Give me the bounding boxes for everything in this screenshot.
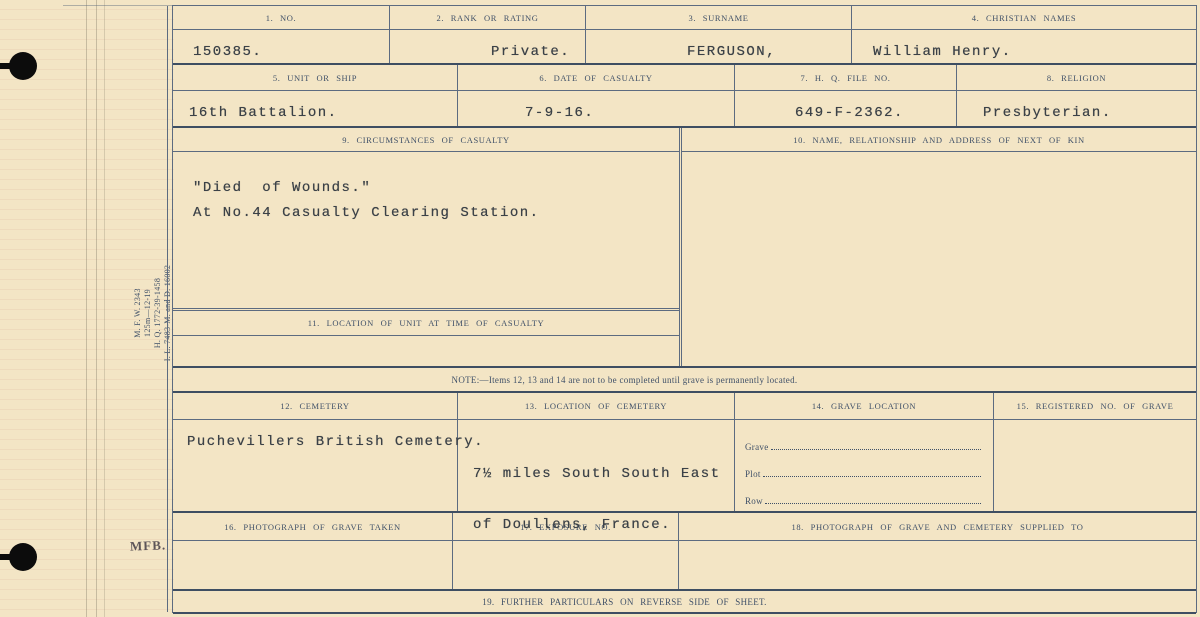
- field-18-photo-supplied-cell: [678, 541, 1196, 589]
- field-6-date-value: 7-9-16.: [525, 105, 594, 121]
- field-3-surname-header: 3. Surname: [585, 6, 851, 29]
- form-code-line: 125m—12-19: [143, 251, 153, 375]
- field-16-photo-taken-cell: [173, 541, 452, 589]
- form-code-vertical-text: M. F. W. 2343 125m—12-19 H. Q. 1772-39-1…: [133, 251, 175, 375]
- field-6-date-label: 6. Date of Casualty: [539, 73, 652, 83]
- field-10-next-of-kin-box: 10. Name, Relationship and Address of Ne…: [679, 128, 1196, 366]
- field-5-unit-value: 16th Battalion.: [189, 105, 338, 121]
- header-row-4: 12. Cemetery 13. Location of Cemetery 14…: [173, 393, 1196, 420]
- field-4-christian-names-header: 4. Christian Names: [851, 6, 1196, 29]
- field-11-unit-location-label: 11. Location of Unit at Time of Casualty: [308, 318, 545, 328]
- field-9-circumstances-label: 9. Circumstances of Casualty: [342, 135, 510, 145]
- field-15-registered-no-header: 15. Registered No. of Grave: [993, 393, 1196, 419]
- field-7-hq-file-value: 649-F-2362.: [795, 105, 904, 121]
- note-band: NOTE:—Items 12, 13 and 14 are not to be …: [173, 368, 1196, 393]
- field-12-cemetery-header: 12. Cemetery: [173, 393, 457, 419]
- field-16-photo-taken-header: 16. Photograph of Grave Taken: [173, 513, 452, 540]
- row-circumstances-nok: 9. Circumstances of Casualty 11. Locatio…: [173, 128, 1196, 368]
- plot-dotted-leader: [763, 476, 981, 477]
- hole-punch-top: [9, 52, 37, 80]
- row-line: Row: [745, 492, 981, 506]
- field-9-circumstances-value-line1: "Died of Wounds.": [193, 180, 371, 196]
- field-1-no-label: 1. No.: [266, 13, 297, 23]
- field-8-religion-value: Presbyterian.: [983, 105, 1112, 121]
- field-12-cemetery-label: 12. Cemetery: [280, 401, 349, 411]
- field-7-hq-file-label: 7. H. Q. File No.: [801, 73, 891, 83]
- field-10-next-of-kin-label: 10. Name, Relationship and Address of Ne…: [793, 135, 1084, 145]
- field-15-registered-no-label: 15. Registered No. of Grave: [1017, 401, 1174, 411]
- field-12-cemetery-value: Puchevillers British Cemetery.: [187, 434, 484, 450]
- page-edge-rule-line: [96, 0, 97, 617]
- card-top-edge-line: [63, 5, 173, 6]
- field-8-religion-label: 8. Religion: [1047, 73, 1106, 83]
- form-code-line: H. Q. 1772-39-1458: [153, 251, 163, 375]
- field-7-hq-file-header: 7. H. Q. File No.: [734, 65, 956, 90]
- field-18-photo-supplied-label: 18. Photograph of Grave and Cemetery Sup…: [791, 522, 1083, 532]
- value-row-1: [173, 30, 1196, 65]
- field-4-christian-names-label: 4. Christian Names: [972, 13, 1077, 23]
- field-5-unit-label: 5. Unit or Ship: [273, 73, 357, 83]
- header-row-1: 1. No. 2. Rank or Rating 3. Surname 4. C…: [173, 6, 1196, 30]
- plot-line: Plot: [745, 465, 981, 479]
- field-2-rank-header: 2. Rank or Rating: [389, 6, 585, 29]
- field-18-photo-supplied-header: 18. Photograph of Grave and Cemetery Sup…: [678, 513, 1196, 540]
- row-label: Row: [745, 496, 763, 506]
- form-code-line: M. F. W. 2343: [133, 251, 143, 375]
- footer-further-particulars: 19. Further Particulars on Reverse Side …: [482, 597, 886, 607]
- field-9-circumstances-box: 9. Circumstances of Casualty 11. Locatio…: [173, 128, 679, 366]
- field-2-rank-value: Private.: [491, 44, 570, 60]
- field-6-date-header: 6. Date of Casualty: [457, 65, 734, 90]
- field-13-cemetery-location-line1: 7½ miles South South East: [473, 466, 721, 483]
- field-10-next-of-kin-header: 10. Name, Relationship and Address of Ne…: [682, 128, 1196, 152]
- field-14-grave-location-header: 14. Grave Location: [734, 393, 993, 419]
- field-3-surname-label: 3. Surname: [688, 13, 748, 23]
- field-13-cemetery-location-header: 13. Location of Cemetery: [457, 393, 734, 419]
- grave-label: Grave: [745, 442, 769, 452]
- field-5-unit-header: 5. Unit or Ship: [173, 65, 457, 90]
- field-16-photo-taken-label: 16. Photograph of Grave Taken: [224, 522, 401, 532]
- field-13-cemetery-location-value: 7½ miles South South East of Doullens, F…: [473, 432, 721, 568]
- field-8-religion-header: 8. Religion: [956, 65, 1196, 90]
- hole-punch-bottom: [9, 543, 37, 571]
- grave-line: Grave: [745, 438, 981, 452]
- page-edge-rule-line: [104, 0, 105, 617]
- field-3-surname-value: FERGUSON,: [687, 44, 776, 60]
- field-15-registered-no-cell: [993, 420, 1196, 511]
- plot-label: Plot: [745, 469, 761, 479]
- field-2-rank-label: 2. Rank or Rating: [436, 13, 538, 23]
- grave-dotted-leader: [771, 449, 982, 450]
- field-6-date-cell: [457, 91, 734, 126]
- field-13-cemetery-location-label: 13. Location of Cemetery: [525, 401, 667, 411]
- page-edge-rule-line: [86, 0, 87, 617]
- footer-band: 19. Further Particulars on Reverse Side …: [173, 591, 1196, 614]
- field-9-circumstances-header: 9. Circumstances of Casualty: [173, 128, 679, 152]
- field-1-no-header: 1. No.: [173, 6, 389, 29]
- field-13-cemetery-location-line2: of Doullens, France.: [473, 517, 721, 534]
- circumstances-of-casualty-form: 1. No. 2. Rank or Rating 3. Surname 4. C…: [172, 5, 1197, 613]
- field-1-no-value: 150385.: [193, 44, 262, 60]
- header-row-2: 5. Unit or Ship 6. Date of Casualty 7. H…: [173, 65, 1196, 91]
- field-4-christian-names-value: William Henry.: [873, 44, 1012, 60]
- clerk-initials-stamp: MFB.: [130, 537, 167, 554]
- field-14-grave-location-label: 14. Grave Location: [812, 401, 916, 411]
- row-dotted-leader: [765, 503, 981, 504]
- field-11-unit-location-header: 11. Location of Unit at Time of Casualty: [173, 308, 679, 336]
- note-items-12-13-14: NOTE:—Items 12, 13 and 14 are not to be …: [452, 375, 918, 385]
- field-9-circumstances-value-line2: At No.44 Casualty Clearing Station.: [193, 205, 540, 221]
